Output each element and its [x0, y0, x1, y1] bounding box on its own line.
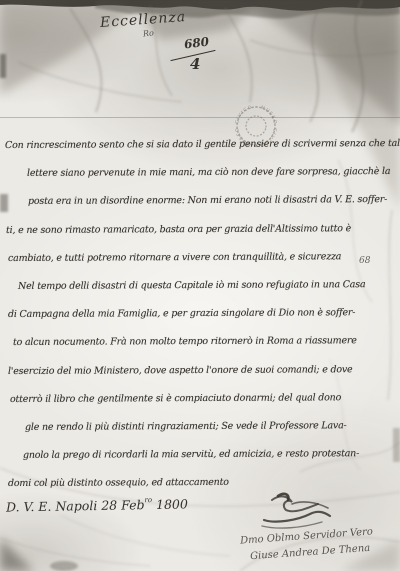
text-line: cambiato, e tutti potremo ritornare a vi…: [5, 243, 398, 273]
signature-flourish-icon: [258, 490, 334, 532]
dateline-superscript: ro: [144, 496, 152, 504]
text-line: lettere siano pervenute in mie mani, ma …: [5, 158, 398, 188]
salutation-flourish: Ro: [143, 28, 155, 38]
text-line: gnolo la prego di ricordarli la mia serv…: [5, 440, 398, 470]
text-line: Nel tempo delli disastri di questa Capit…: [5, 271, 398, 301]
letter-body: Con rincrescimento sento che si sia dato…: [5, 131, 398, 497]
text-line: otterrò il libro che gentilmente si è co…: [5, 384, 398, 414]
archive-number-denominator: 4: [190, 55, 200, 73]
text-line: posta era in un disordine enorme: Non mi…: [5, 186, 398, 216]
margin-mark: 68: [359, 256, 370, 266]
archive-number-group: 680 4: [178, 36, 228, 76]
closing-dateline: D. V. E. Napoli 28 Febro 1800: [6, 496, 188, 514]
text-line: l'esercizio del mio Ministero, dove aspe…: [5, 355, 398, 385]
text-line: gle ne rendo li più distinti ringraziame…: [5, 412, 398, 442]
text-line: Con rincrescimento sento che si sia dato…: [5, 130, 398, 160]
dateline-year: 1800: [152, 496, 188, 512]
text-line: domi col più distinto ossequio, ed attac…: [5, 468, 398, 498]
text-line: di Campagna della mia Famiglia, e per gr…: [5, 299, 398, 329]
text-line: to alcun nocumento. Frà non molto tempo …: [5, 327, 398, 357]
horizontal-fold-line: [0, 117, 400, 118]
archive-number-numerator: 680: [183, 35, 210, 52]
dateline-prefix: D. V. E. Napoli 28 Feb: [6, 497, 145, 514]
letter-scan: Eccellenza Ro 680 4 MUSEO CIVICO · MUSEO…: [0, 0, 400, 571]
text-line: ti, e ne sono rimasto ramaricato, basta …: [5, 215, 398, 245]
